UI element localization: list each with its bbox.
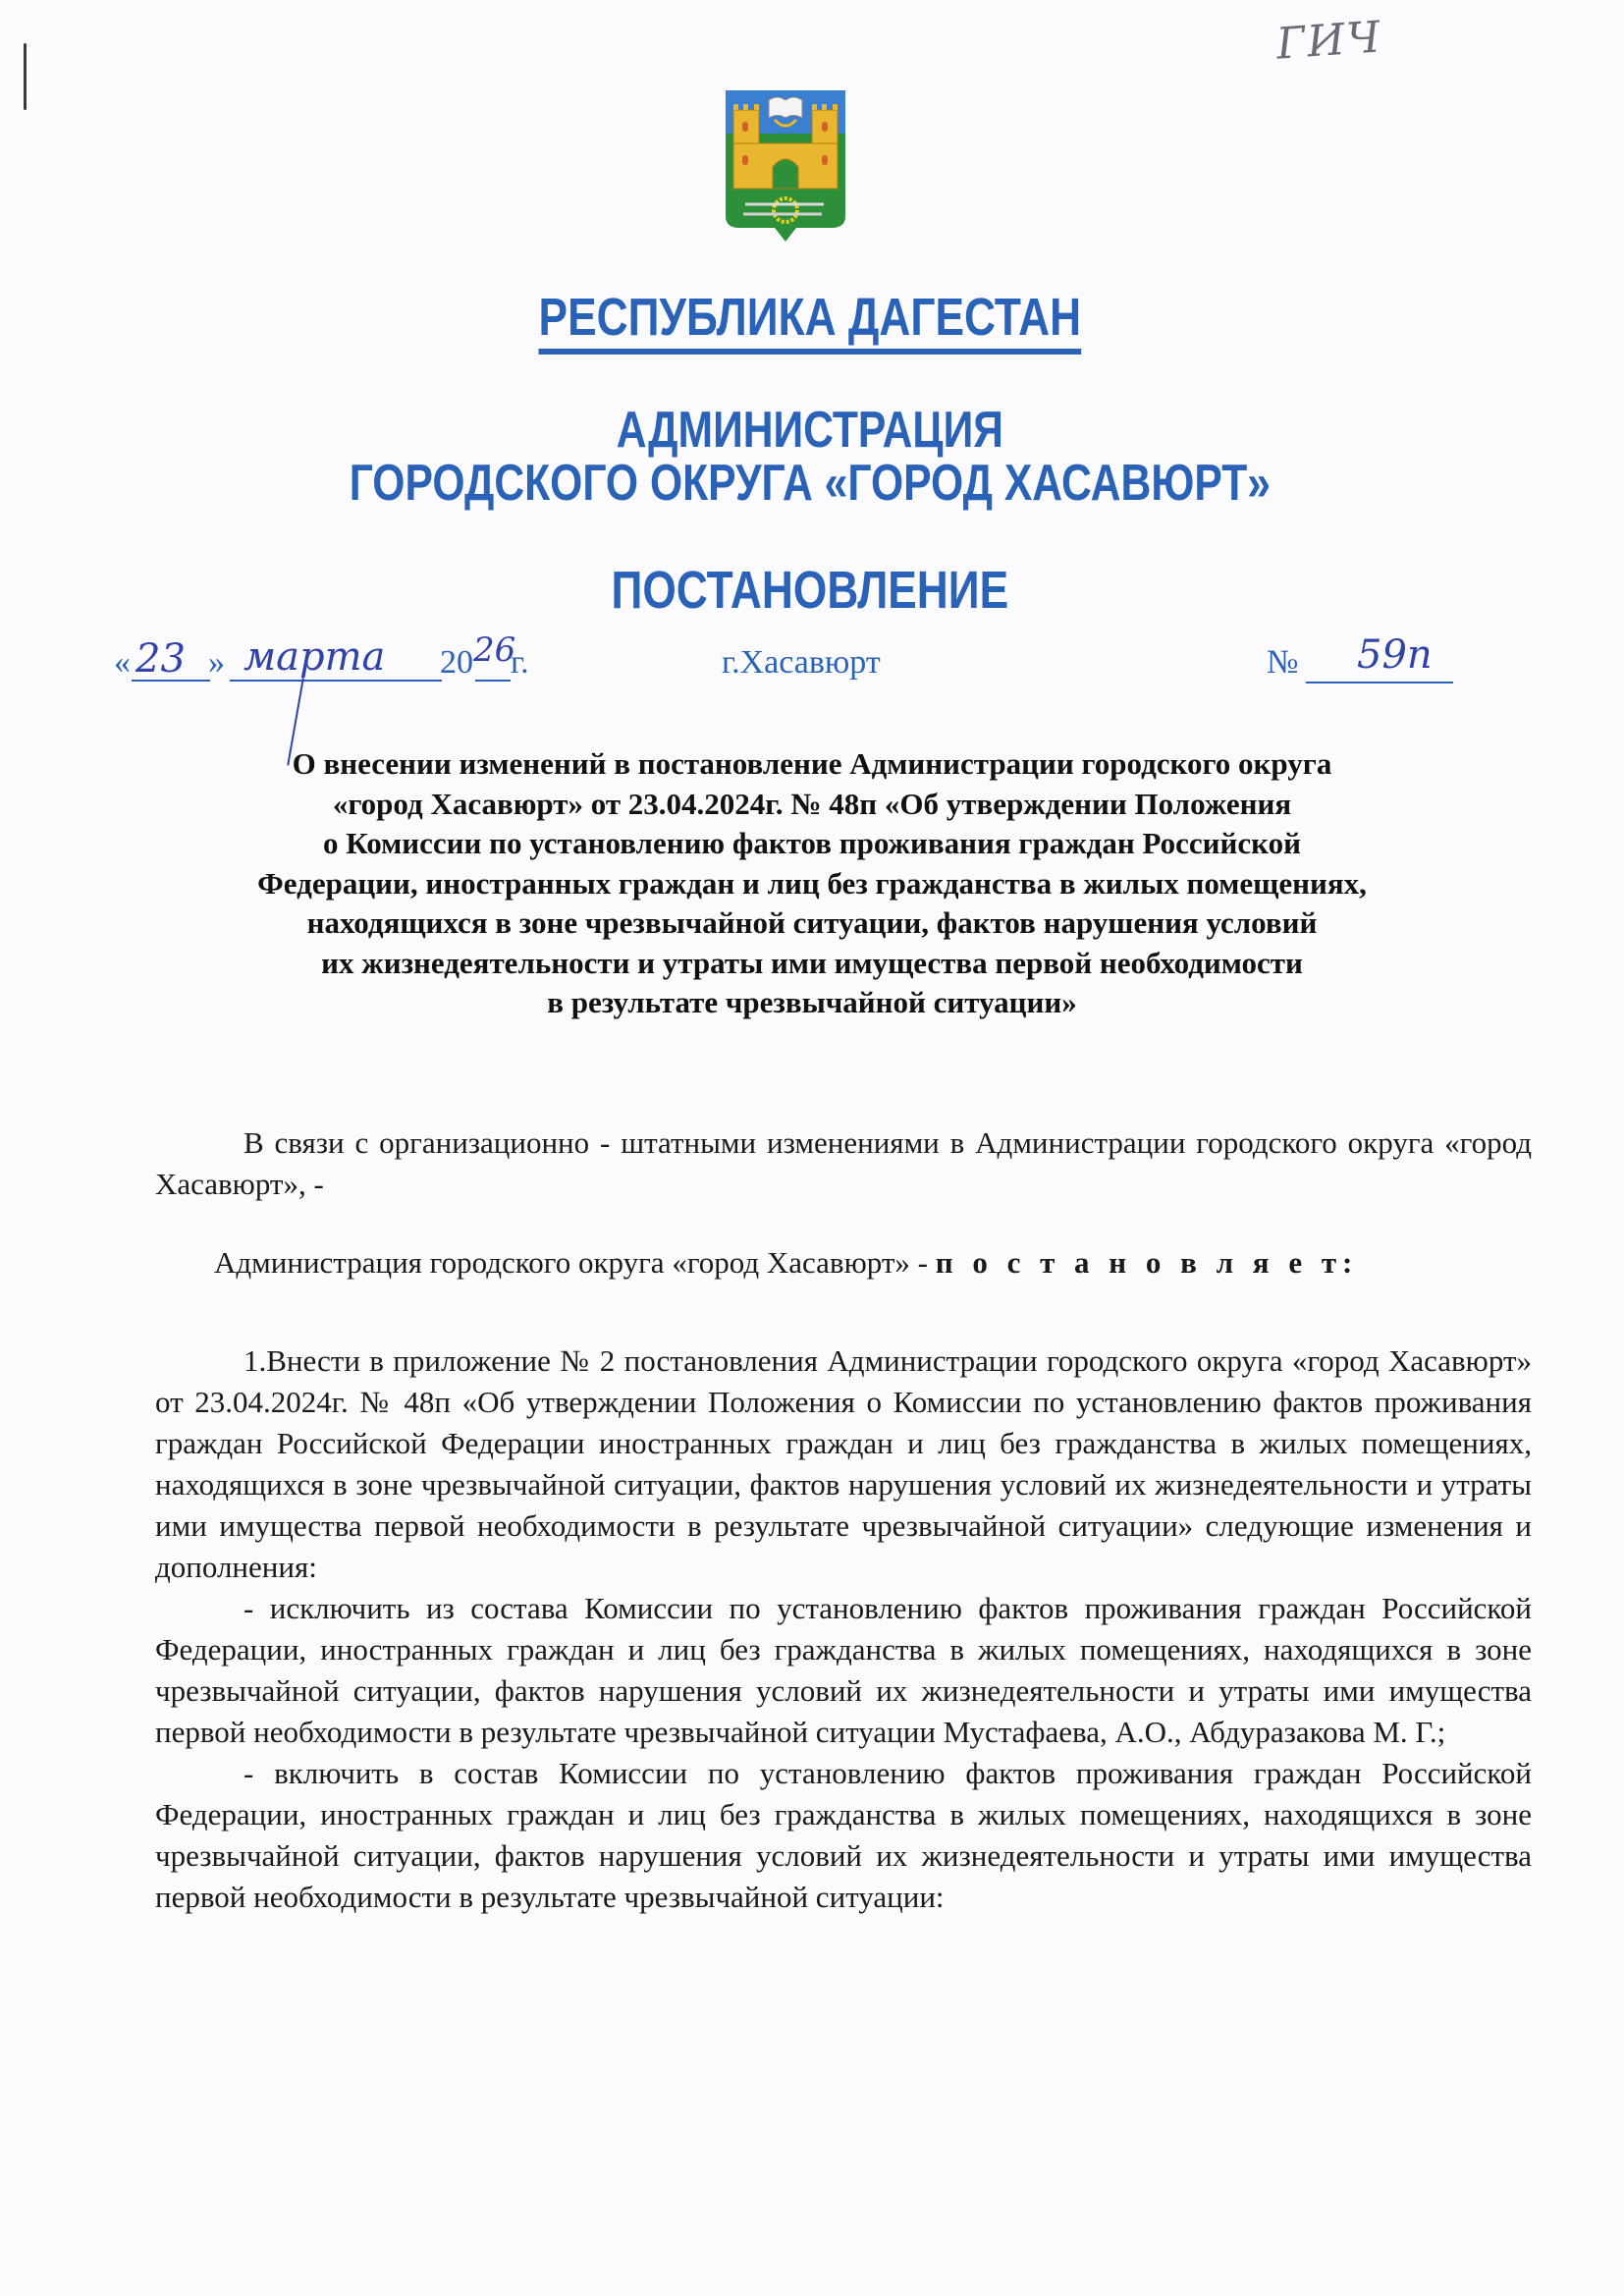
title-line: Федерации, иностранных граждан и лиц без… bbox=[157, 864, 1467, 904]
title-line: находящихся в зоне чрезвычайной ситуации… bbox=[157, 903, 1467, 944]
number-sign: № bbox=[1267, 644, 1298, 682]
date-close-quote: » bbox=[208, 644, 225, 682]
include-paragraph: - включить в состав Комиссии по установл… bbox=[155, 1753, 1532, 1918]
date-month-underline bbox=[230, 680, 442, 682]
document-title: О внесении изменений в постановление Адм… bbox=[157, 744, 1467, 1023]
administration-heading-line2: ГОРОДСКОГО ОКРУГА «ГОРОД ХАСАВЮРТ» bbox=[144, 454, 1476, 513]
preamble-paragraph: В связи с организационно - штатными изме… bbox=[155, 1122, 1532, 1205]
city-name: г.Хасавюрт bbox=[722, 644, 881, 682]
item-1-section: 1.Внести в приложение № 2 постановления … bbox=[155, 1340, 1532, 1918]
document-number-underline bbox=[1306, 682, 1453, 683]
title-line: о Комиссии по установлению фактов прожив… bbox=[157, 824, 1467, 864]
title-line: О внесении изменений в постановление Адм… bbox=[157, 744, 1467, 785]
date-year-unit: г. bbox=[511, 644, 529, 682]
document-number: 59п bbox=[1357, 632, 1433, 678]
title-line: их жизнедеятельности и утраты ими имущес… bbox=[157, 944, 1467, 984]
title-line: в результате чрезвычайной ситуации» bbox=[157, 983, 1467, 1023]
date-day: 23 bbox=[135, 636, 186, 682]
resolving-paragraph: Администрация городского округа «город Х… bbox=[214, 1242, 1530, 1284]
document-type-heading: ПОСТАНОВЛЕНИЕ bbox=[144, 560, 1476, 621]
title-line: «город Хасавюрт» от 23.04.2024г. № 48п «… bbox=[157, 785, 1467, 825]
date-year-prefix: 20 bbox=[440, 644, 473, 682]
item-1-paragraph: 1.Внести в приложение № 2 постановления … bbox=[155, 1340, 1532, 1588]
date-open-quote: « bbox=[114, 644, 131, 682]
date-number-line: « 23 » марта 20 26 г. г.Хасавюрт № 59п bbox=[0, 636, 1624, 695]
handwritten-note: ГИЧ bbox=[1274, 12, 1383, 69]
resolving-prefix: Администрация городского округа «город Х… bbox=[214, 1245, 936, 1280]
date-month: марта bbox=[244, 634, 385, 680]
date-year-underline bbox=[475, 680, 511, 682]
republic-heading: РЕСПУБЛИКА ДАГЕСТАН bbox=[144, 287, 1476, 348]
coat-of-arms-icon bbox=[724, 88, 847, 246]
staple-mark bbox=[24, 43, 27, 110]
administration-heading-line1: АДМИНИСТРАЦИЯ bbox=[144, 401, 1476, 460]
date-day-underline bbox=[132, 680, 210, 682]
exclude-paragraph: - исключить из состава Комиссии по устан… bbox=[155, 1588, 1532, 1753]
resolving-word: п о с т а н о в л я е т: bbox=[936, 1245, 1359, 1280]
date-year-suffix: 26 bbox=[473, 630, 515, 670]
